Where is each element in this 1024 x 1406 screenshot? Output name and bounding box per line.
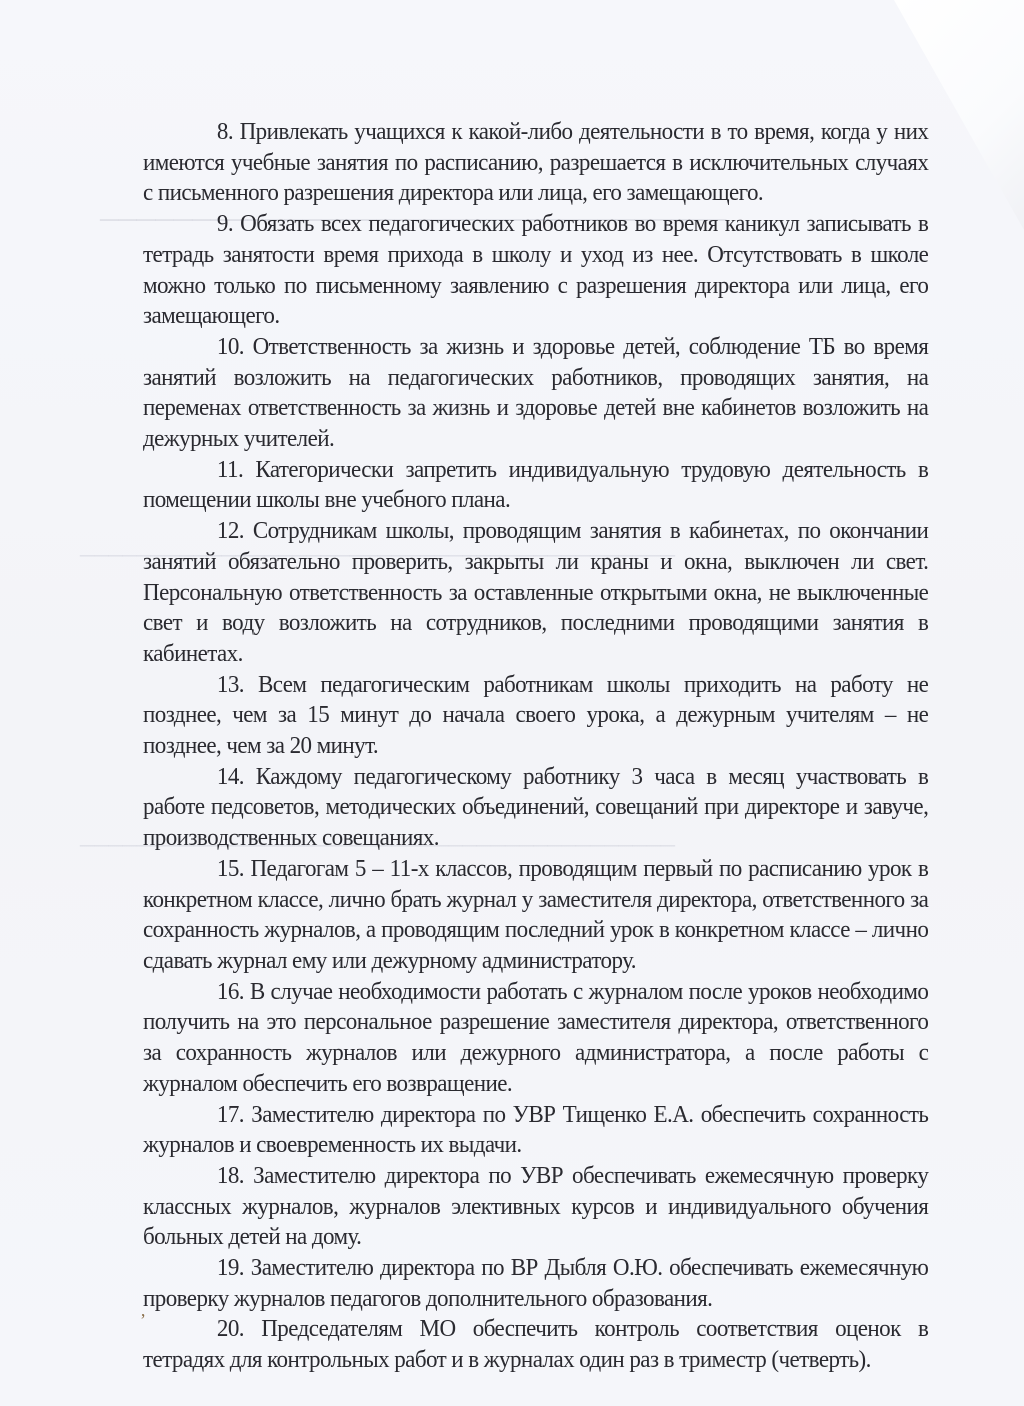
paragraph-item-17: 17. Заместителю директора по УВР Тищенко… — [143, 1100, 928, 1161]
paragraph-item-19: 19. Заместителю директора по ВР Дыбля О.… — [143, 1253, 928, 1314]
paragraph-item-8: 8. Привлекать учащихся к какой-либо деят… — [143, 117, 928, 209]
paragraph-item-14: 14. Каждому педагогическому работнику 3 … — [143, 762, 928, 854]
scanned-page: ────────────────────────────────── ─────… — [0, 0, 1024, 1406]
paragraph-item-10: 10. Ответственность за жизнь и здоровье … — [143, 332, 928, 455]
paragraph-item-9: 9. Обязать всех педагогических работнико… — [143, 209, 928, 332]
paragraph-item-18: 18. Заместителю директора по УВР обеспеч… — [143, 1161, 928, 1253]
paragraph-item-15: 15. Педагогам 5 – 11-х классов, проводящ… — [143, 854, 928, 977]
paragraph-item-16: 16. В случае необходимости работать с жу… — [143, 977, 928, 1100]
paragraph-item-13: 13. Всем педагогическим работникам школы… — [143, 670, 928, 762]
paragraph-item-11: 11. Категорически запретить индивидуальн… — [143, 455, 928, 516]
ink-mark: ’ — [140, 1310, 146, 1331]
paragraph-item-12: 12. Сотрудникам школы, проводящим заняти… — [143, 516, 928, 670]
paragraph-item-20: 20. Председателям МО обеспечить контроль… — [143, 1314, 928, 1375]
document-body: 8. Привлекать учащихся к какой-либо деят… — [143, 117, 898, 1376]
